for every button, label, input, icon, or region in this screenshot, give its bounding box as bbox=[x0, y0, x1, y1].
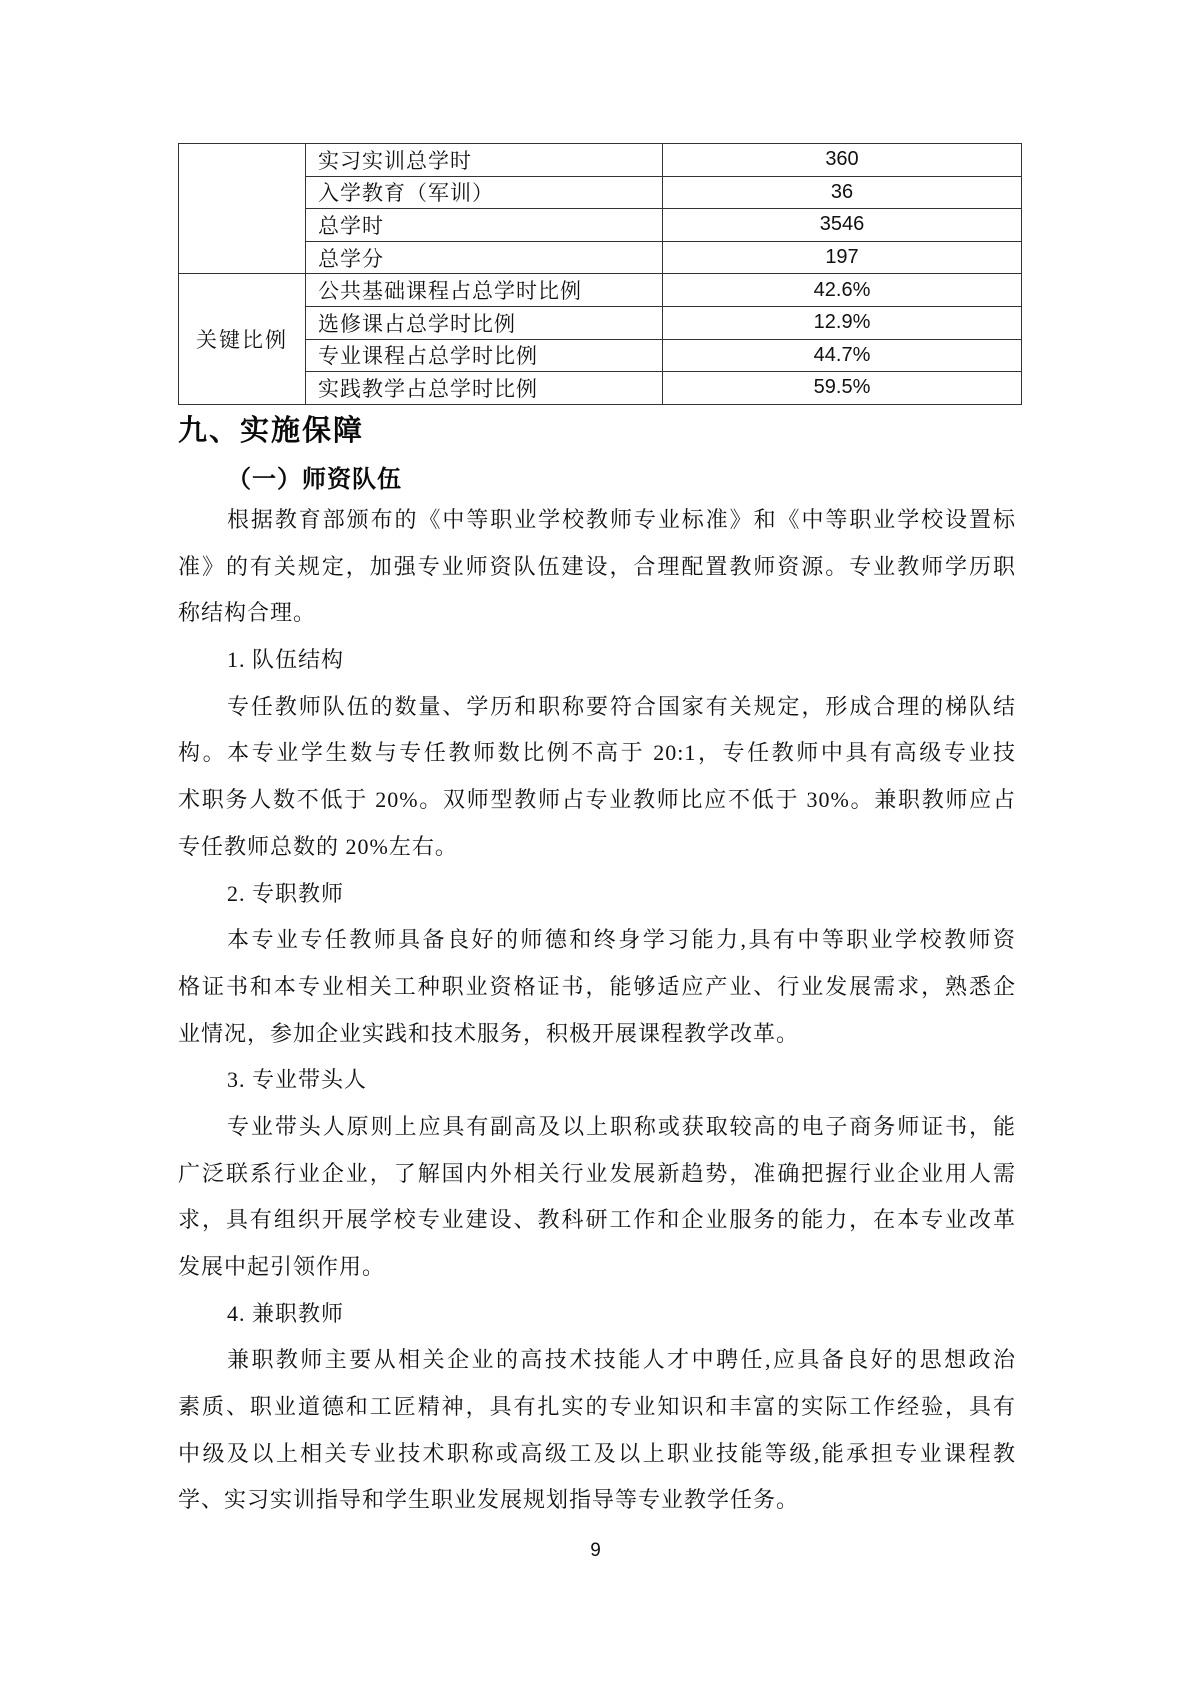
row-value-cell: 44.7% bbox=[663, 339, 1022, 372]
paragraph-line: 专任教师队伍的数量、学历和职称要符合国家有关规定，形成合理的梯队结 bbox=[178, 684, 1016, 731]
paragraph-line: 广泛联系行业企业，了解国内外相关行业发展新趋势，准确把握行业企业用人需 bbox=[178, 1151, 1016, 1198]
row-item-cell: 总学时 bbox=[306, 209, 663, 242]
paragraph-line: 准》的有关规定，加强专业师资队伍建设，合理配置教师资源。专业教师学历职 bbox=[178, 544, 1016, 591]
paragraph-line: 本专业专任教师具备良好的师德和终身学习能力,具有中等职业学校教师资 bbox=[178, 917, 1016, 964]
paragraph-line: 中级及以上相关专业技术职称或高级工及以上职业技能等级,能承担专业课程教 bbox=[178, 1431, 1016, 1478]
numbered-item-heading: 3. 专业带头人 bbox=[178, 1057, 1016, 1104]
row-item-cell: 实习实训总学时 bbox=[306, 144, 663, 177]
row-item-cell: 总学分 bbox=[306, 241, 663, 274]
table-row: 关键比例 公共基础课程占总学时比例 42.6% bbox=[179, 274, 1022, 307]
row-value-cell: 42.6% bbox=[663, 274, 1022, 307]
paragraph-line: 构。本专业学生数与专任教师数比例不高于 20:1，专任教师中具有高级专业技 bbox=[178, 730, 1016, 777]
document-page: 实习实训总学时 360 入学教育（军训） 36 总学时 3546 总学分 197… bbox=[0, 0, 1191, 1684]
paragraph-line: 求，具有组织开展学校专业建设、教科研工作和企业服务的能力，在本专业改革 bbox=[178, 1197, 1016, 1244]
group-label-cell bbox=[179, 144, 306, 274]
row-item-cell: 公共基础课程占总学时比例 bbox=[306, 274, 663, 307]
paragraph-line: 业情况，参加企业实践和技术服务，积极开展课程教学改革。 bbox=[178, 1011, 1016, 1058]
table-row: 实习实训总学时 360 bbox=[179, 144, 1022, 177]
row-value-cell: 59.5% bbox=[663, 372, 1022, 405]
paragraph-line: 兼职教师主要从相关企业的高技术技能人才中聘任,应具备良好的思想政治 bbox=[178, 1337, 1016, 1384]
numbered-item-heading: 4. 兼职教师 bbox=[178, 1291, 1016, 1338]
section-heading: 九、实施保障 bbox=[178, 414, 364, 449]
numbered-item-heading: 2. 专职教师 bbox=[178, 871, 1016, 918]
paragraph-line: 发展中起引领作用。 bbox=[178, 1244, 1016, 1291]
subsection-heading: （一）师资队伍 bbox=[227, 466, 402, 495]
row-item-cell: 实践教学占总学时比例 bbox=[306, 372, 663, 405]
paragraph-line: 根据教育部颁布的《中等职业学校教师专业标准》和《中等职业学校设置标 bbox=[178, 497, 1016, 544]
row-value-cell: 36 bbox=[663, 176, 1022, 209]
paragraph-line: 术职务人数不低于 20%。双师型教师占专业教师比应不低于 30%。兼职教师应占 bbox=[178, 777, 1016, 824]
paragraph-line: 称结构合理。 bbox=[178, 590, 1016, 637]
table-row: 总学时 3546 bbox=[179, 209, 1022, 242]
row-item-cell: 选修课占总学时比例 bbox=[306, 306, 663, 339]
table-row: 入学教育（军训） 36 bbox=[179, 176, 1022, 209]
body-text: 根据教育部颁布的《中等职业学校教师专业标准》和《中等职业学校设置标 准》的有关规… bbox=[178, 497, 1016, 1524]
row-value-cell: 197 bbox=[663, 241, 1022, 274]
page-number: 9 bbox=[0, 1540, 1191, 1562]
table-row: 总学分 197 bbox=[179, 241, 1022, 274]
row-value-cell: 3546 bbox=[663, 209, 1022, 242]
row-item-cell: 专业课程占总学时比例 bbox=[306, 339, 663, 372]
row-value-cell: 12.9% bbox=[663, 306, 1022, 339]
paragraph-line: 专任教师总数的 20%左右。 bbox=[178, 824, 1016, 871]
paragraph-line: 专业带头人原则上应具有副高及以上职称或获取较高的电子商务师证书，能 bbox=[178, 1104, 1016, 1151]
row-item-cell: 入学教育（军训） bbox=[306, 176, 663, 209]
paragraph-line: 素质、职业道德和工匠精神，具有扎实的专业知识和丰富的实际工作经验，具有 bbox=[178, 1384, 1016, 1431]
row-value-cell: 360 bbox=[663, 144, 1022, 177]
curriculum-summary-table: 实习实训总学时 360 入学教育（军训） 36 总学时 3546 总学分 197… bbox=[178, 143, 1022, 405]
paragraph-line: 格证书和本专业相关工种职业资格证书，能够适应产业、行业发展需求，熟悉企 bbox=[178, 964, 1016, 1011]
paragraph-line: 学、实习实训指导和学生职业发展规划指导等专业教学任务。 bbox=[178, 1477, 1016, 1524]
table-row: 专业课程占总学时比例 44.7% bbox=[179, 339, 1022, 372]
numbered-item-heading: 1. 队伍结构 bbox=[178, 637, 1016, 684]
table-row: 实践教学占总学时比例 59.5% bbox=[179, 372, 1022, 405]
group-label-cell: 关键比例 bbox=[179, 274, 306, 404]
table-row: 选修课占总学时比例 12.9% bbox=[179, 306, 1022, 339]
